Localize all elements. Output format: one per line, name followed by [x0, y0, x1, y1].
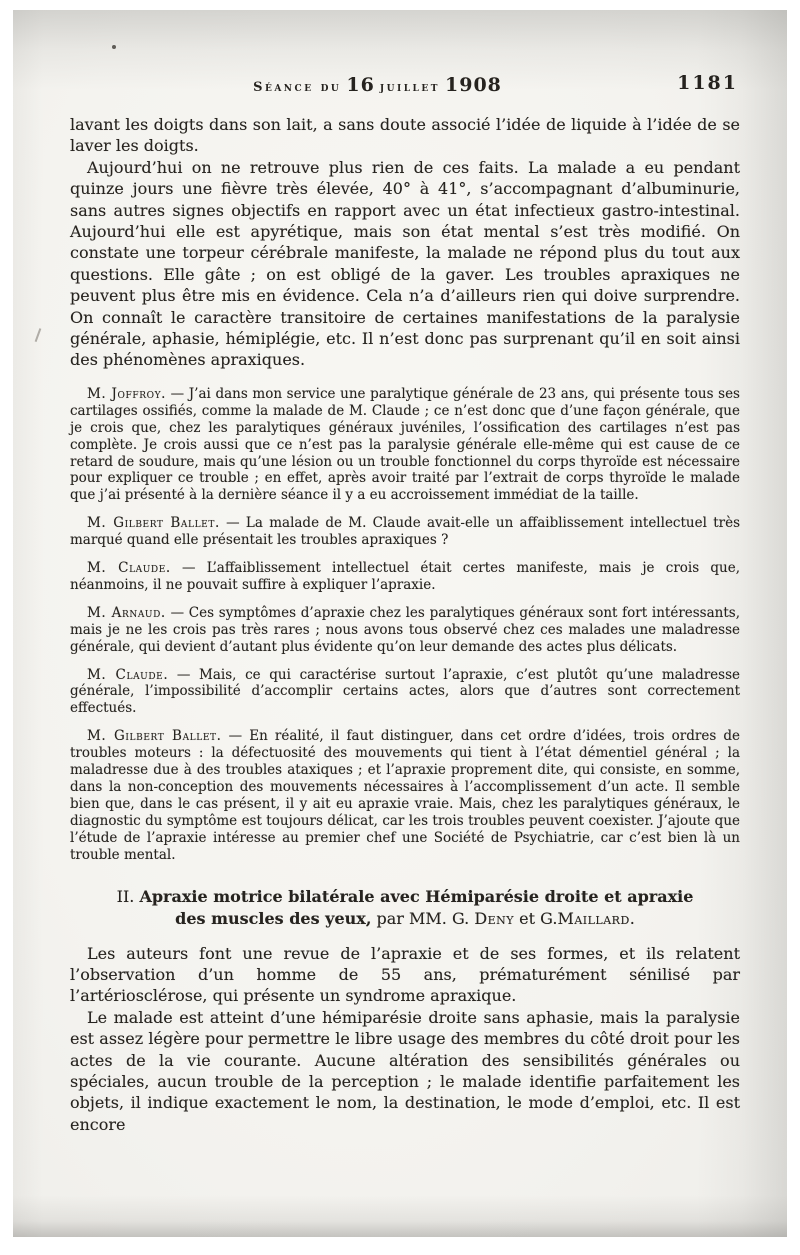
paragraph-text: Le malade est atteint d’une hémiparésie …: [70, 1008, 740, 1134]
byline-middle: et G.: [519, 909, 557, 928]
scanned-page: Séance du 16 juillet 1908 1181 lavant le…: [13, 10, 787, 1237]
discussion-claude-2: M. Claude. — Mais, ce qui caractérise su…: [70, 667, 740, 718]
section-heading: II. Apraxie motrice bilatérale avec Hémi…: [114, 886, 696, 930]
page-number: 1181: [677, 72, 738, 94]
byline-prefix: par MM. G.: [376, 909, 469, 928]
speech-text: — Ces symptômes d’apraxie chez les paral…: [70, 605, 740, 655]
discussion-gilbert-ballet-2: M. Gilbert Ballet. — En réalité, il faut…: [70, 728, 740, 863]
speech-text: — En réalité, il faut distinguer, dans c…: [70, 728, 740, 862]
discussion-gilbert-ballet-1: M. Gilbert Ballet. — La malade de M. Cla…: [70, 515, 740, 549]
running-head-title: Séance du 16 juillet 1908: [70, 74, 685, 96]
speaker-name: M. Joffroy.: [87, 386, 166, 402]
seance-label: Séance du: [253, 80, 341, 95]
paragraph-text: Les auteurs font une revue de l’apraxie …: [70, 944, 740, 1006]
speech-text: — Mais, ce qui caractérise surtout l’apr…: [70, 667, 740, 717]
seance-month: juillet: [380, 80, 440, 95]
paragraph-text: lavant les doigts dans son lait, a sans …: [70, 115, 740, 155]
section-numeral: II.: [117, 887, 135, 906]
byline-end: .: [630, 909, 635, 928]
speaker-name: M. Claude.: [87, 560, 171, 576]
discussion-claude-1: M. Claude. — L’affaiblissement intellect…: [70, 560, 740, 594]
speaker-name: M. Arnaud.: [87, 605, 166, 621]
speaker-name: M. Claude.: [87, 667, 168, 683]
speaker-name: M. Gilbert Ballet.: [87, 728, 222, 744]
paragraph-text: Aujourd’hui on ne retrouve plus rien de …: [70, 158, 740, 370]
speech-text: — J’ai dans mon service une paralytique …: [70, 386, 740, 503]
discussion-arnaud: M. Arnaud. — Ces symptômes d’apraxie che…: [70, 605, 740, 656]
author-maillard: Maillard: [557, 909, 629, 928]
seance-year: 1908: [445, 74, 502, 96]
paragraph-case-report: Aujourd’hui on ne retrouve plus rien de …: [70, 157, 740, 371]
paragraph-authors-review: Les auteurs font une revue de l’apraxie …: [70, 943, 740, 1007]
page-content: Séance du 16 juillet 1908 1181 lavant le…: [13, 10, 787, 1135]
seance-day: 16: [346, 74, 374, 96]
discussion-joffroy: M. Joffroy. — J’ai dans mon service une …: [70, 386, 740, 504]
running-head: Séance du 16 juillet 1908 1181: [70, 74, 740, 100]
speech-text: — L’affaiblissement intellectuel était c…: [70, 560, 740, 593]
speaker-name: M. Gilbert Ballet.: [87, 515, 220, 531]
paragraph-patient-description: Le malade est atteint d’une hémiparésie …: [70, 1007, 740, 1135]
author-deny: Deny: [474, 909, 514, 928]
paragraph-continuation: lavant les doigts dans son lait, a sans …: [70, 114, 740, 157]
